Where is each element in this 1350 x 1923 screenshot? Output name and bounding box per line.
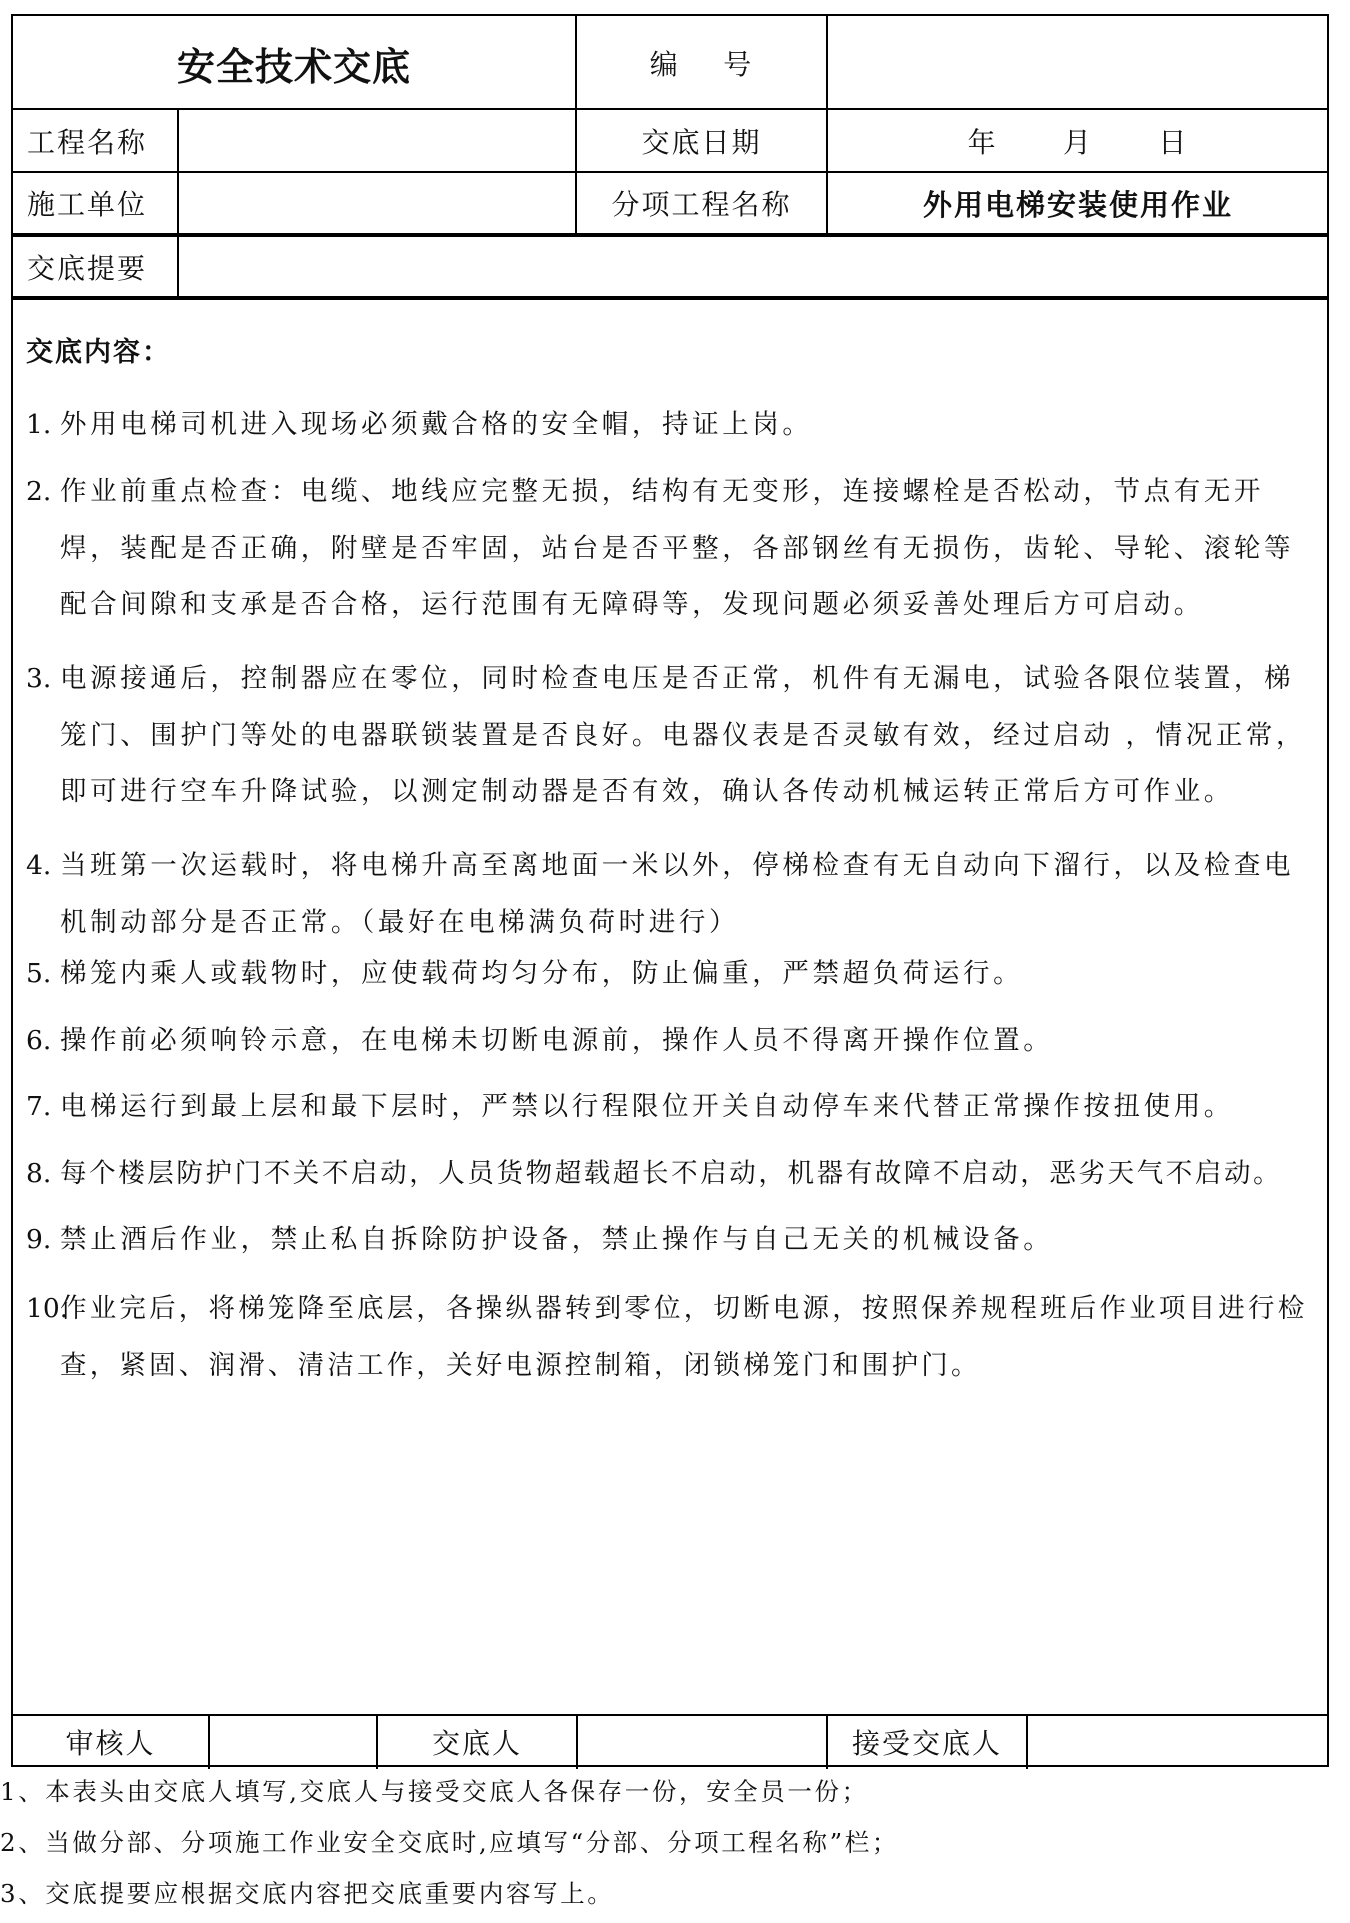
content-item: 8.每个楼层防护门不关不启动，人员货物超载超长不启动，机器有故障不启动，恶劣天气… (26, 1146, 1315, 1203)
item-text: 外用电梯司机进入现场必须戴合格的安全帽，持证上岗。 (60, 409, 813, 440)
item-text: 作业前重点检查：电缆、地线应完整无损，结构有无变形，连接螺栓是否松动，节点有无开… (60, 476, 1294, 620)
date-field[interactable]: 年 月 日 (828, 110, 1328, 171)
reviewer-label: 审核人 (13, 1716, 208, 1767)
item-text: 电梯运行到最上层和最下层时，严禁以行程限位开关自动停车来代替正常操作按扭使用。 (60, 1091, 1234, 1122)
content-item: 3.电源接通后，控制器应在零位，同时检查电压是否正常，机件有无漏电，试验各限位装… (26, 651, 1315, 821)
item-number: 4. (26, 838, 60, 895)
content-item: 6.操作前必须响铃示意，在电梯未切断电源前，操作人员不得离开操作位置。 (26, 1013, 1315, 1070)
content-item: 7.电梯运行到最上层和最下层时，严禁以行程限位开关自动停车来代替正常操作按扭使用… (26, 1079, 1315, 1136)
item-number: 10. (26, 1281, 60, 1338)
item-text: 当班第一次运载时，将电梯升高至离地面一米以外，停梯检查有无自动向下溜行，以及检查… (60, 850, 1294, 938)
content-item: 2.作业前重点检查：电缆、地线应完整无损，结构有无变形，连接螺栓是否松动，节点有… (26, 464, 1315, 634)
project-name-field[interactable] (179, 110, 575, 171)
item-text: 作业完后，将梯笼降至底层，各操纵器转到零位，切断电源，按照保养规程班后作业项目进… (60, 1293, 1307, 1381)
item-number: 8. (26, 1146, 60, 1203)
number-label: 编 号 (577, 16, 826, 110)
date-label: 交底日期 (577, 110, 826, 171)
footnote: 2、当做分部、分项施工作业安全交底时,应填写“分部、分项工程名称”栏； (0, 1824, 899, 1859)
item-text: 梯笼内乘人或载物时，应使载荷均匀分布，防止偏重，严禁超负荷运行。 (60, 958, 1023, 989)
disclosure-form: 安全技术交底 编 号 工程名称 交底日期 年 月 日 施工单位 分项工程名称 外… (11, 14, 1329, 1767)
item-number: 5. (26, 946, 60, 1003)
row-divider (13, 296, 1327, 300)
discloser-label: 交底人 (378, 1716, 576, 1767)
item-number: 2. (26, 464, 60, 521)
subproject-label: 分项工程名称 (577, 173, 826, 233)
item-text: 每个楼层防护门不关不启动，人员货物超载超长不启动，机器有故障不启动，恶劣天气不启… (60, 1158, 1282, 1189)
discloser-field[interactable] (578, 1716, 826, 1767)
item-text: 电源接通后，控制器应在零位，同时检查电压是否正常，机件有无漏电，试验各限位装置，… (60, 663, 1306, 807)
summary-field[interactable] (179, 237, 1327, 296)
footnote: 1、本表头由交底人填写,交底人与接受交底人各保存一份，安全员一份； (0, 1773, 869, 1808)
item-number: 9. (26, 1212, 60, 1269)
form-title: 安全技术交底 (13, 16, 575, 110)
content-item: 5.梯笼内乘人或载物时，应使载荷均匀分布，防止偏重，严禁超负荷运行。 (26, 946, 1315, 1003)
project-name-label: 工程名称 (13, 110, 177, 171)
content-item: 9.禁止酒后作业，禁止私自拆除防护设备，禁止操作与自己无关的机械设备。 (26, 1212, 1315, 1269)
footnote: 3、交底提要应根据交底内容把交底重要内容写上。 (0, 1875, 614, 1910)
number-field[interactable] (828, 16, 1328, 110)
summary-label: 交底提要 (13, 237, 177, 296)
content-heading: 交底内容： (26, 330, 171, 369)
receiver-label: 接受交底人 (828, 1716, 1026, 1767)
content-item: 1.外用电梯司机进入现场必须戴合格的安全帽，持证上岗。 (26, 397, 1315, 454)
item-number: 3. (26, 651, 60, 708)
contractor-field[interactable] (179, 173, 575, 233)
contractor-label: 施工单位 (13, 173, 177, 233)
content-item: 4.当班第一次运载时，将电梯升高至离地面一米以外，停梯检查有无自动向下溜行，以及… (26, 838, 1315, 951)
receiver-field[interactable] (1028, 1716, 1328, 1767)
reviewer-field[interactable] (210, 1716, 376, 1767)
item-text: 禁止酒后作业，禁止私自拆除防护设备，禁止操作与自己无关的机械设备。 (60, 1224, 1053, 1255)
item-number: 1. (26, 397, 60, 454)
content-item: 10.作业完后，将梯笼降至底层，各操纵器转到零位，切断电源，按照保养规程班后作业… (26, 1281, 1315, 1394)
item-text: 操作前必须响铃示意，在电梯未切断电源前，操作人员不得离开操作位置。 (60, 1025, 1053, 1056)
subproject-field[interactable]: 外用电梯安装使用作业 (828, 173, 1328, 233)
item-number: 7. (26, 1079, 60, 1136)
item-number: 6. (26, 1013, 60, 1070)
